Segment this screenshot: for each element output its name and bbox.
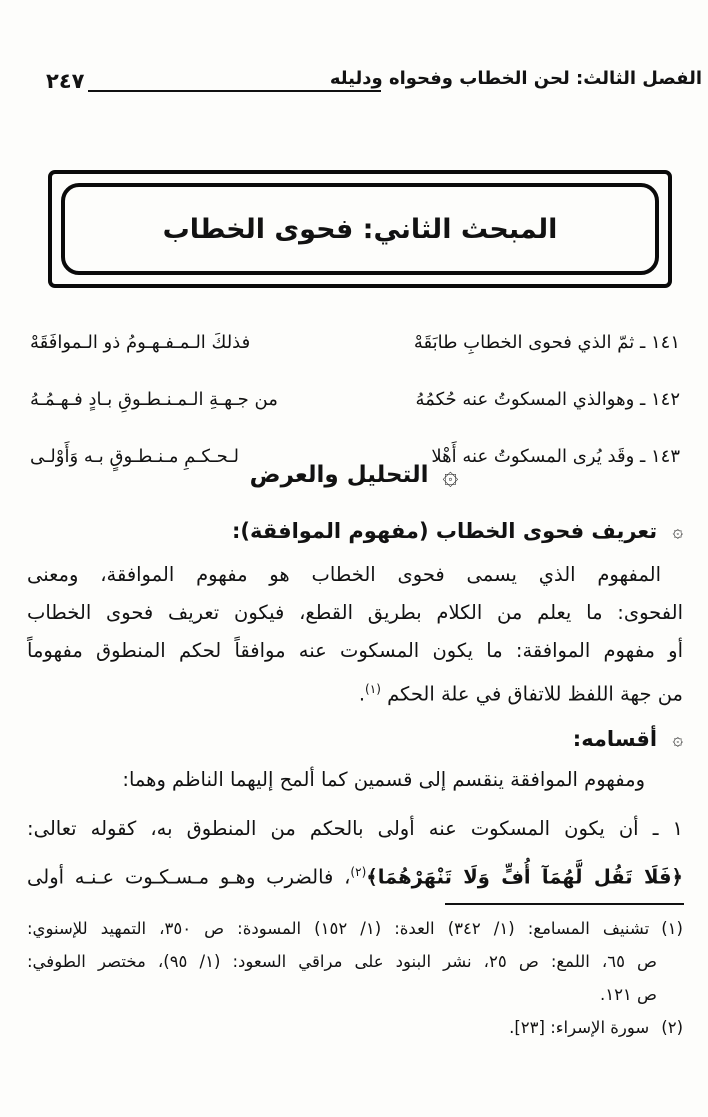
rosette-ornament-icon: ۞ <box>443 460 459 491</box>
footnote-1-text: تشنيف المسامع: (١/ ٣٤٢) العدة: (١/ ١٥٢) … <box>27 919 649 938</box>
verse-142-right-hemistich: ١٤٢ ـ وهوالذي المسكوتُ عنه حُكمُهُ <box>416 371 680 428</box>
sections-intro: ومفهوم الموافقة ينقسم إلى قسمين كما ألمح… <box>27 761 683 799</box>
analysis-heading: ۞ التحليل والعرض <box>0 458 708 489</box>
running-head-rule <box>88 90 381 92</box>
section-title-box: المبحث الثاني: فحوى الخطاب <box>48 170 672 288</box>
footnote-2-line: (٢)سورة الإسراء: [٢٣]. <box>27 1011 683 1044</box>
sections-heading: ۞ أقسامه: <box>573 727 683 751</box>
footnote-2-marker: (٢) <box>661 1018 683 1037</box>
definition-heading-label: تعريف فحوى الخطاب (مفهوم الموافقة): <box>232 519 657 543</box>
footnote-2-text: سورة الإسراء: [٢٣]. <box>509 1018 649 1037</box>
page-number: ٢٤٧ <box>46 69 84 93</box>
analysis-heading-label: التحليل والعرض <box>250 462 429 488</box>
paragraph-line: المفهوم الذي يسمى فحوى الخطاب هو مفهوم ا… <box>27 556 683 594</box>
definition-paragraph: المفهوم الذي يسمى فحوى الخطاب هو مفهوم ا… <box>27 556 683 714</box>
ornate-close-bracket: ﴾ <box>366 866 377 889</box>
section-title-box-inner-frame: المبحث الثاني: فحوى الخطاب <box>61 183 659 275</box>
section-title: المبحث الثاني: فحوى الخطاب <box>163 214 558 245</box>
paragraph-line-text: من جهة اللفظ للاتفاق في علة الحكم <box>381 683 683 706</box>
quran-citation-line: ﴿فَلَا تَقُل لَّهُمَآ أُفٍّ وَلَا تَنْهَ… <box>27 851 683 899</box>
footnote-reference-2: (٢) <box>350 865 366 879</box>
paragraph-line: من جهة اللفظ للاتفاق في علة الحكم (١). <box>27 670 683 714</box>
verse-142-left-hemistich: من جـهـةِ الـمـنـطـوقِ بـادٍ فـهـمُـهُ <box>30 371 278 428</box>
after-quran-text: ، فالضرب وهـو مـسـكـوت عـنـه أولى <box>27 866 350 889</box>
book-page: الفصل الثالث: لحن الخطاب وفحواه ودليله ٢… <box>0 0 708 1117</box>
paragraph-line: ومفهوم الموافقة ينقسم إلى قسمين كما ألمح… <box>27 761 683 799</box>
footnote-1-line-1: (١)تشنيف المسامع: (١/ ٣٤٢) العدة: (١/ ١٥… <box>27 912 683 945</box>
flower-bullet-icon: ۞ <box>672 729 683 750</box>
paragraph-line: ﴿فَلَا تَقُل لَّهُمَآ أُفٍّ وَلَا تَنْهَ… <box>27 851 683 899</box>
footnote-separator-rule <box>445 903 684 905</box>
paragraph-line: ١ ـ أن يكون المسكوت عنه أولى بالحكم من ا… <box>27 810 683 848</box>
paragraph-line: أو مفهوم الموافقة: ما يكون المسكوت عنه م… <box>27 632 683 670</box>
flower-bullet-icon: ۞ <box>672 521 683 542</box>
footnote-reference-1: (١) <box>365 682 381 696</box>
verse-141-left-hemistich: فذلكَ الـمـفـهـومُ ذو الـموافَقَهْ <box>30 314 250 371</box>
sections-item-1: ١ ـ أن يكون المسكوت عنه أولى بالحكم من ا… <box>27 810 683 848</box>
quran-verse-text: فَلَا تَقُل لَّهُمَآ أُفٍّ وَلَا تَنْهَر… <box>378 866 672 889</box>
verse-line-141: ١٤١ ـ ثمّ الذي فحوى الخطابِ طابَقَهْ فذل… <box>30 314 680 371</box>
paragraph-line: الفحوى: ما يعلم من الكلام بطريق القطع، ف… <box>27 594 683 632</box>
footnote-1-line-2: ص ٦٥، اللمع: ص ٢٥، نشر البنود على مراقي … <box>27 945 683 978</box>
footnote-1-marker: (١) <box>661 919 683 938</box>
verse-line-142: ١٤٢ ـ وهوالذي المسكوتُ عنه حُكمُهُ من جـ… <box>30 371 680 428</box>
ornate-open-bracket: ﴿ <box>672 866 683 889</box>
sections-heading-label: أقسامه: <box>573 727 657 751</box>
definition-heading: ۞ تعريف فحوى الخطاب (مفهوم الموافقة): <box>232 519 683 543</box>
running-head-chapter-title: الفصل الثالث: لحن الخطاب وفحواه ودليله <box>330 68 702 89</box>
footnotes: (١)تشنيف المسامع: (١/ ٣٤٢) العدة: (١/ ١٥… <box>27 912 683 1044</box>
footnote-1-line-3: ص ١٢١. <box>27 978 683 1011</box>
verse-141-right-hemistich: ١٤١ ـ ثمّ الذي فحوى الخطابِ طابَقَهْ <box>414 314 680 371</box>
